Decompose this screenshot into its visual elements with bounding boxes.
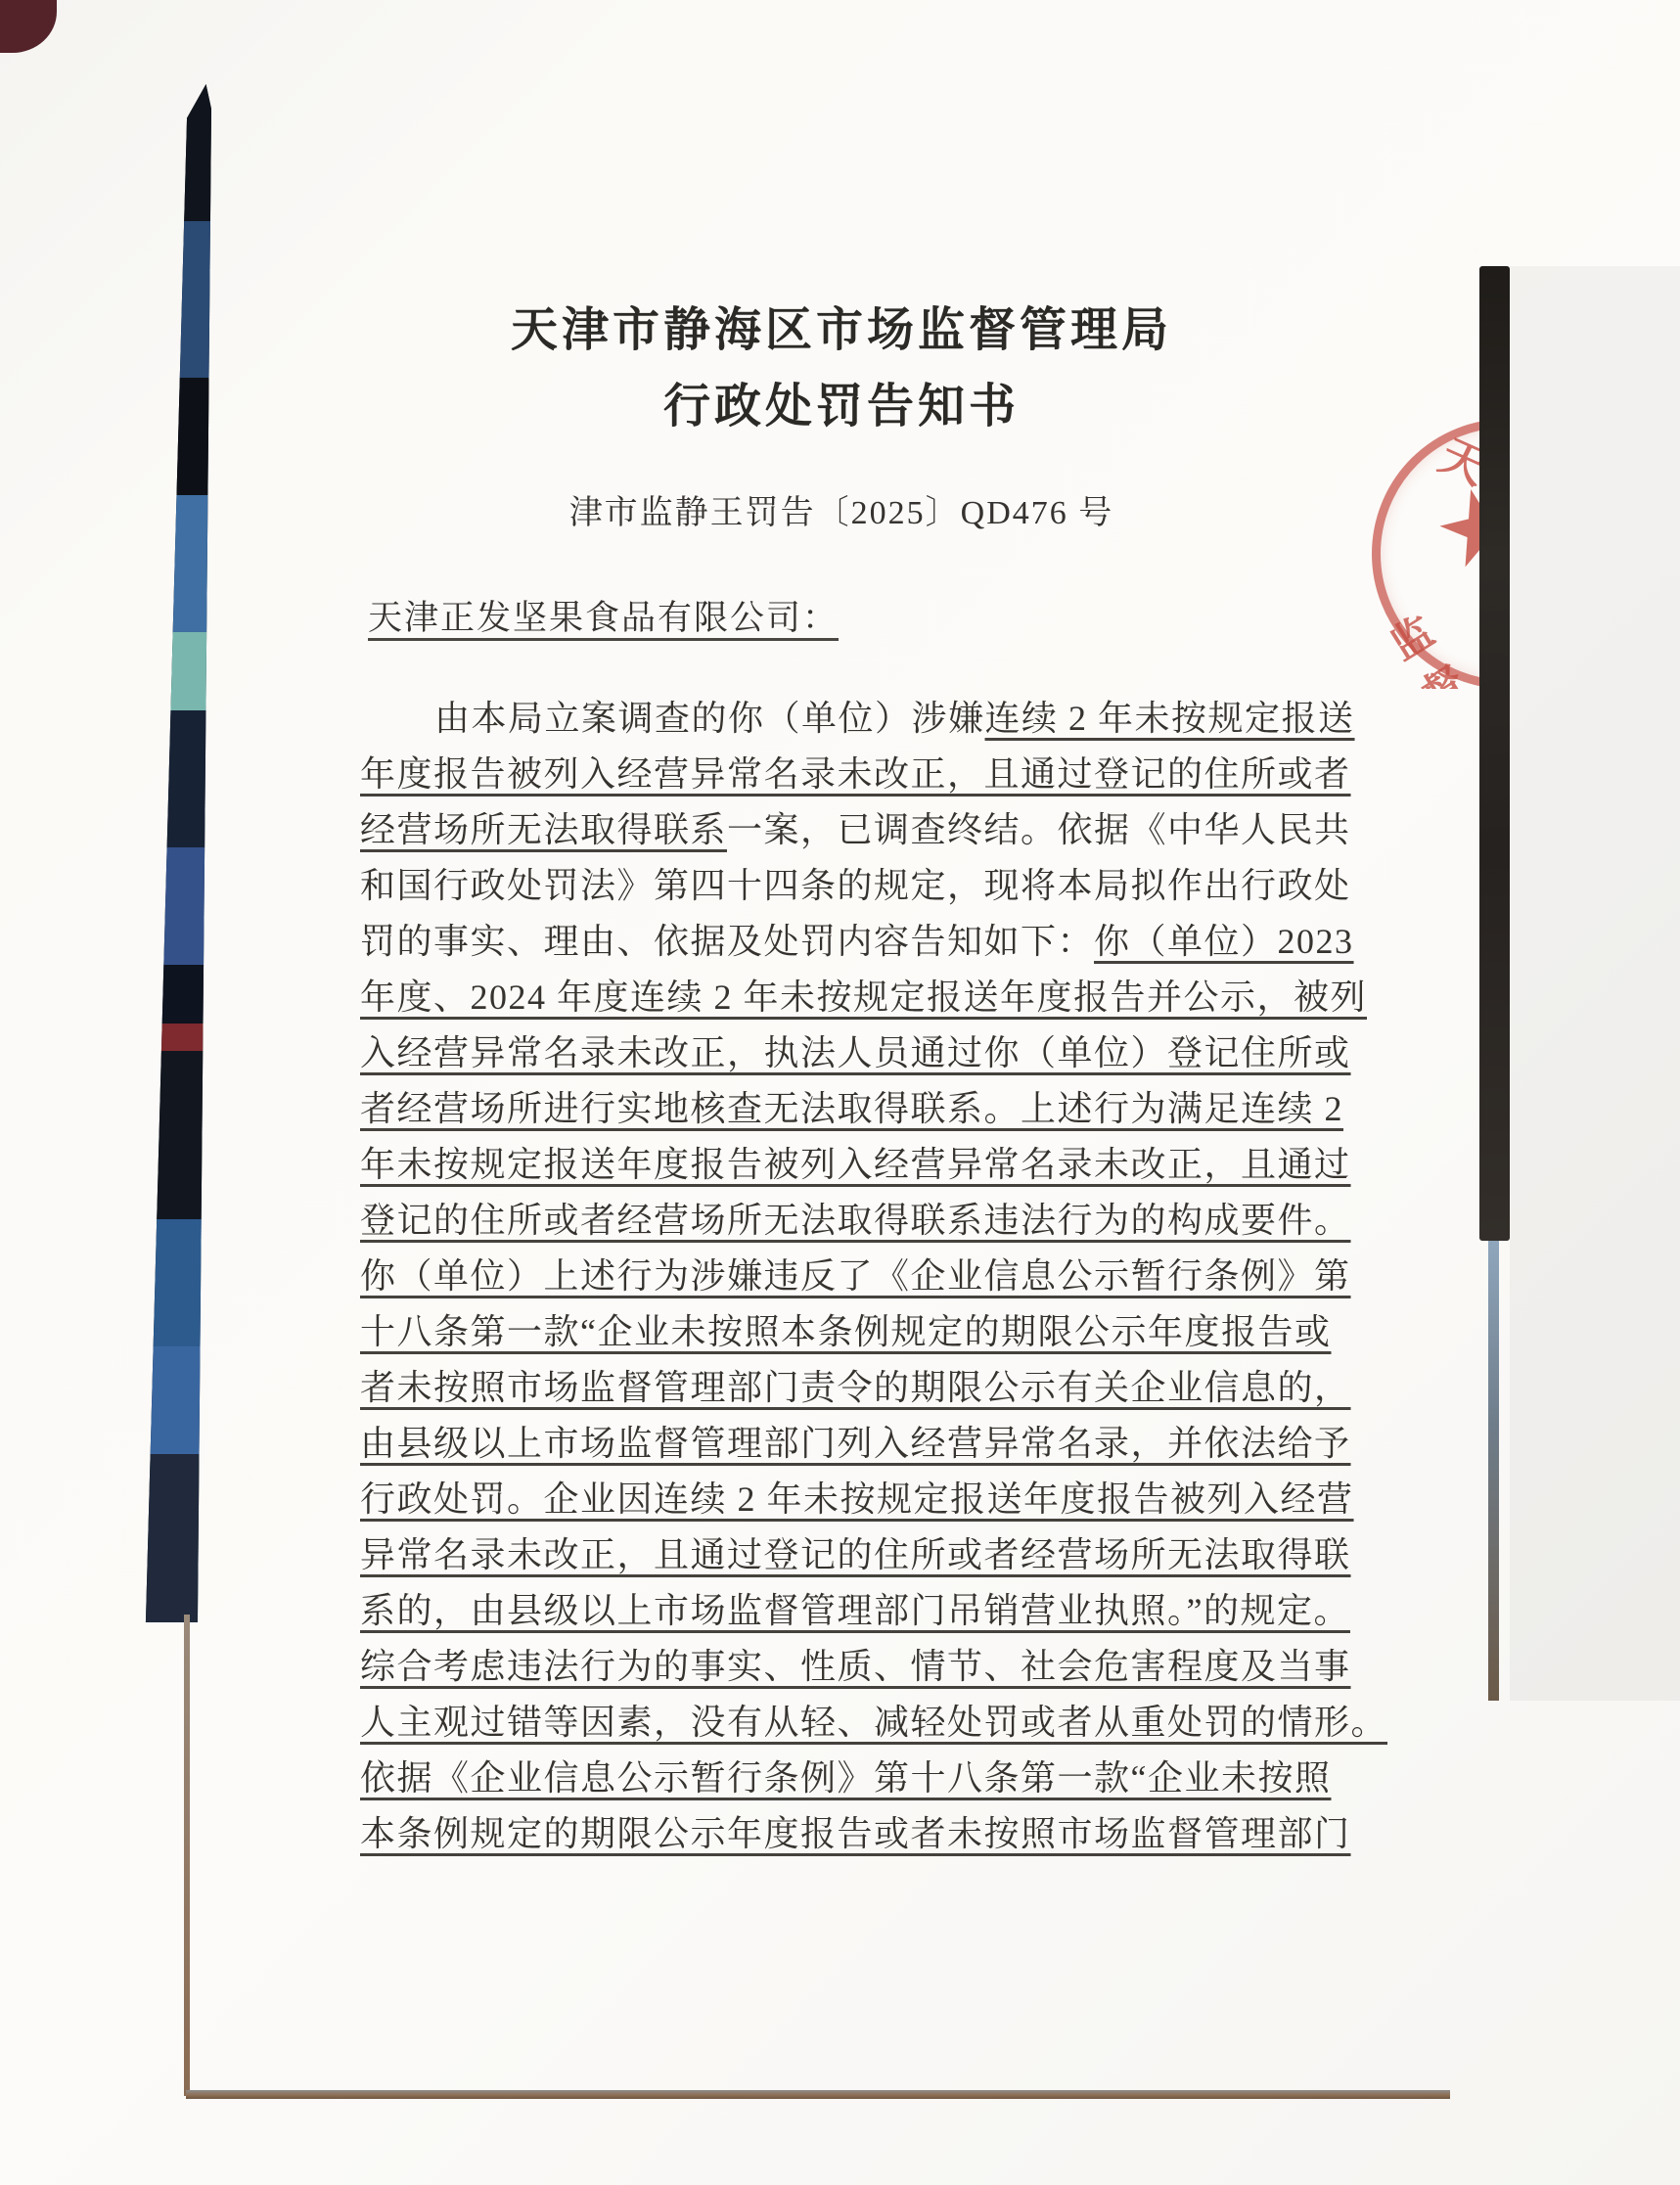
photo-bottom-left-edge-line — [184, 1615, 190, 2096]
underlined-text-segment: 人主观过错等因素，没有从轻、减轻处罚或者从重处罚的情形。 — [360, 1703, 1387, 1742]
strip-block — [135, 965, 211, 1024]
underlined-text-segment: 综合考虑违法行为的事实、性质、情节、社会危害程度及当事 — [360, 1647, 1351, 1686]
text-segment: 罚的事实、理由、依据及处罚内容告知如下： — [360, 922, 1094, 961]
text-line: 你（单位）上述行为涉嫌违反了《企业信息公示暂行条例》第 — [360, 1249, 1339, 1304]
strip-block — [135, 1024, 211, 1051]
strip-block — [135, 84, 211, 221]
text-line: 年度、2024 年度连续 2 年未按规定报送年度报告并公示，被列 — [360, 970, 1339, 1025]
underlined-text-segment: 者未按照市场监督管理部门责令的期限公示有关企业信息的， — [360, 1368, 1351, 1407]
text-line: 年度报告被列入经营异常名录未改正，且通过登记的住所或者 — [360, 747, 1339, 802]
text-line: 登记的住所或者经营场所无法取得联系违法行为的构成要件。 — [360, 1193, 1339, 1249]
underlined-text-segment: 行政处罚。企业因连续 2 年未按规定报送年度报告被列入经营 — [360, 1479, 1354, 1519]
underlined-text-segment: 年未按规定报送年度报告被列入经营异常名录未改正，且通过 — [360, 1145, 1351, 1184]
underlined-text-segment: 经营场所无法取得联系 — [360, 810, 727, 849]
strip-block — [135, 1346, 211, 1454]
document-title-line1: 天津市静海区市场监督管理局 — [245, 292, 1438, 359]
photo-right-edge-strip — [1479, 266, 1510, 1241]
underlined-text-segment: 你（单位）上述行为涉嫌违反了《企业信息公示暂行条例》第 — [360, 1256, 1351, 1296]
text-segment: 和国行政处罚法》第四十四条的规定，现将本局拟作出行政处 — [360, 866, 1351, 905]
underlined-text-segment: 本条例规定的期限公示年度报告或者未按照市场监督管理部门 — [360, 1814, 1351, 1853]
strip-block — [135, 1219, 211, 1346]
photo-left-edge-strip — [135, 84, 211, 1622]
strip-block — [135, 710, 211, 847]
photo-corner-artifact — [0, 0, 57, 53]
text-line: 罚的事实、理由、依据及处罚内容告知如下：你（单位）2023 — [360, 914, 1339, 970]
underlined-text-segment: 十八条第一款“企业未按照本条例规定的期限公示年度报告或 — [360, 1312, 1331, 1351]
text-line: 由本局立案调查的你（单位）涉嫌连续 2 年未按规定报送 — [360, 691, 1339, 747]
photo-bottom-horizontal-edge — [186, 2090, 1450, 2099]
strip-block — [135, 847, 211, 965]
text-line: 依据《企业信息公示暂行条例》第十八条第一款“企业未按照 — [360, 1751, 1339, 1806]
underlined-text-segment: 异常名录未改正，且通过登记的住所或者经营场所无法取得联 — [360, 1535, 1351, 1574]
underlined-text-segment: 登记的住所或者经营场所无法取得联系违法行为的构成要件。 — [360, 1201, 1351, 1240]
stamp-circle-border — [1372, 419, 1479, 689]
text-line: 经营场所无法取得联系一案，已调查终结。依据《中华人民共 — [360, 802, 1339, 858]
underlined-text-segment: 连续 2 年未按规定报送 — [985, 699, 1355, 738]
text-line: 年未按规定报送年度报告被列入经营异常名录未改正，且通过 — [360, 1137, 1339, 1193]
photo-right-edge-line — [1488, 1241, 1499, 1701]
strip-block — [135, 495, 211, 632]
underlined-text-segment: 入经营异常名录未改正，执法人员通过你（单位）登记住所或 — [360, 1033, 1351, 1072]
strip-block — [135, 221, 211, 378]
underlined-text-segment: 者经营场所进行实地核查无法取得联系。上述行为满足连续 2 — [360, 1089, 1343, 1128]
strip-block — [135, 378, 211, 495]
text-line: 系的，由县级以上市场监督管理部门吊销营业执照。”的规定。 — [360, 1583, 1339, 1639]
underlined-text-segment: 年度报告被列入经营异常名录未改正，且通过登记的住所或者 — [360, 754, 1351, 794]
text-line: 行政处罚。企业因连续 2 年未按规定报送年度报告被列入经营 — [360, 1472, 1339, 1527]
text-line: 者经营场所进行实地核查无法取得联系。上述行为满足连续 2 — [360, 1081, 1339, 1137]
text-line: 人主观过错等因素，没有从轻、减轻处罚或者从重处罚的情形。 — [360, 1695, 1339, 1751]
scanned-document-photo: ★ 天 监督 天津市静海区市场监督管理局 行政处罚告知书 津市监静王罚告〔202… — [0, 0, 1680, 2185]
underlined-text-segment: 依据《企业信息公示暂行条例》第十八条第一款“企业未按照 — [360, 1758, 1331, 1798]
addressee-line: 天津正发坚果食品有限公司： — [368, 591, 839, 640]
text-line: 综合考虑违法行为的事实、性质、情节、社会危害程度及当事 — [360, 1639, 1339, 1695]
text-line: 由县级以上市场监督管理部门列入经营异常名录，并依法给予 — [360, 1416, 1339, 1472]
underlined-text-segment: 系的，由县级以上市场监督管理部门吊销营业执照。”的规定。 — [360, 1591, 1350, 1630]
text-line: 和国行政处罚法》第四十四条的规定，现将本局拟作出行政处 — [360, 858, 1339, 914]
underlined-text-segment: 由县级以上市场监督管理部门列入经营异常名录，并依法给予 — [360, 1424, 1351, 1463]
body-text: 由本局立案调查的你（单位）涉嫌连续 2 年未按规定报送年度报告被列入经营异常名录… — [360, 691, 1339, 1862]
document-title-line2: 行政处罚告知书 — [245, 368, 1438, 435]
photo-right-shade — [1510, 266, 1680, 1701]
document-number: 津市监静王罚告〔2025〕QD476 号 — [245, 485, 1438, 533]
strip-block — [135, 1051, 211, 1219]
text-line: 入经营异常名录未改正，执法人员通过你（单位）登记住所或 — [360, 1025, 1339, 1081]
text-line: 本条例规定的期限公示年度报告或者未按照市场监督管理部门 — [360, 1806, 1339, 1862]
text-segment: 由本局立案调查的你（单位）涉嫌 — [434, 699, 985, 738]
text-line: 十八条第一款“企业未按照本条例规定的期限公示年度报告或 — [360, 1304, 1339, 1360]
text-line: 者未按照市场监督管理部门责令的期限公示有关企业信息的， — [360, 1360, 1339, 1416]
underlined-text-segment: 年度、2024 年度连续 2 年未按规定报送年度报告并公示，被列 — [360, 978, 1367, 1017]
underlined-text-segment: 你（单位）2023 — [1094, 922, 1354, 961]
text-line: 异常名录未改正，且通过登记的住所或者经营场所无法取得联 — [360, 1527, 1339, 1583]
strip-block — [135, 1454, 211, 1622]
stamp-bottom-characters: 监督 — [1378, 581, 1479, 689]
strip-block — [135, 632, 211, 710]
text-segment: 一案，已调查终结。依据《中华人民共 — [727, 810, 1351, 849]
